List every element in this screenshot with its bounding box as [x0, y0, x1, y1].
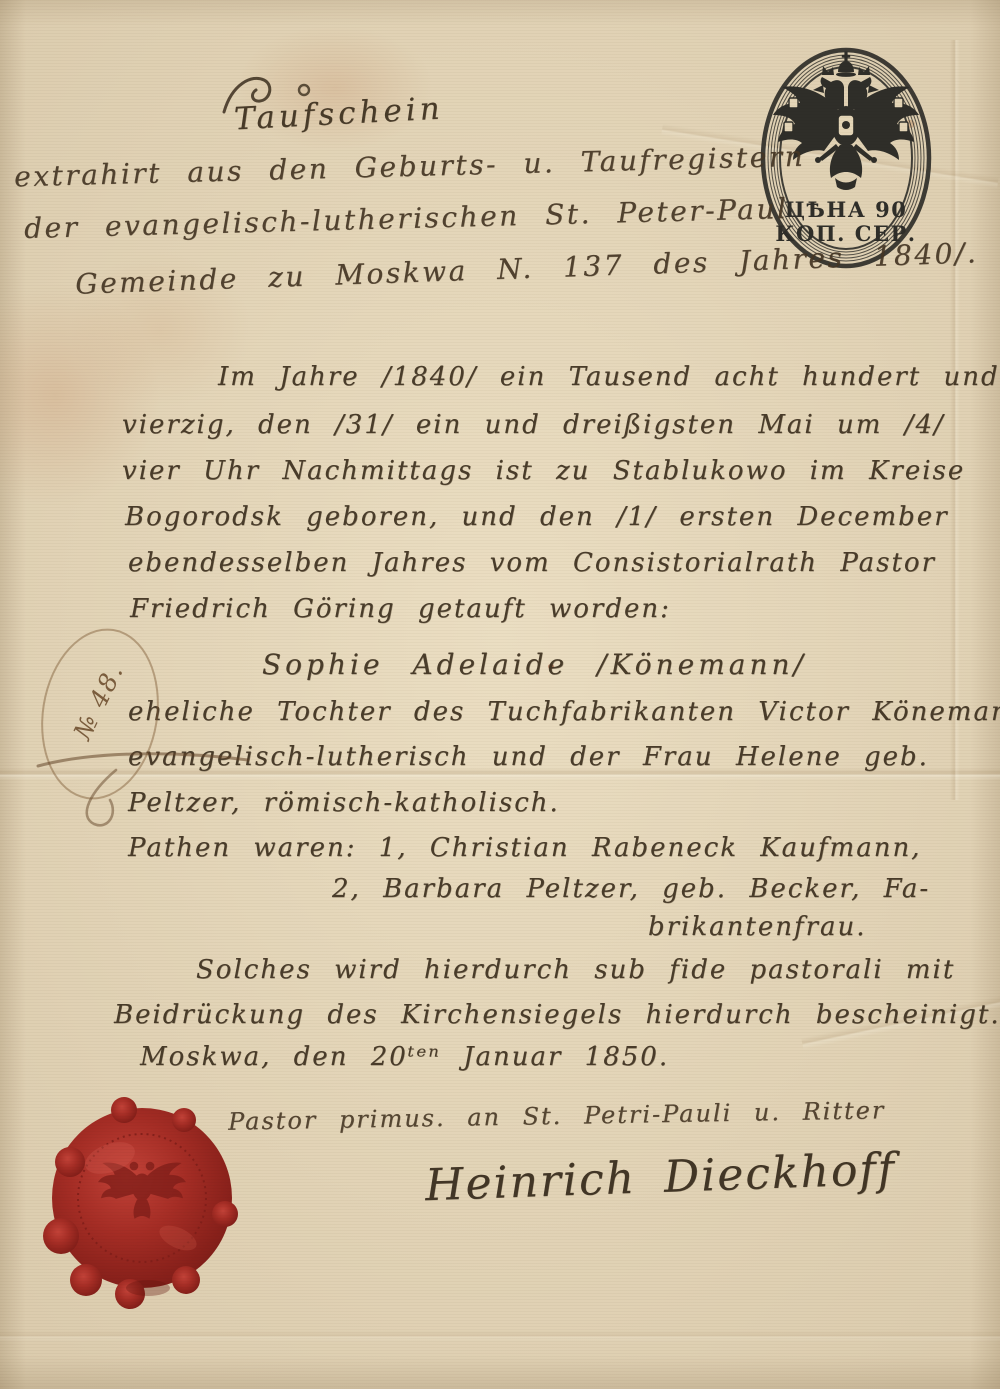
wax-seal [28, 1088, 258, 1318]
signer-title-line: Pastor primus. an St. Petri-Pauli u. Rit… [228, 1096, 886, 1135]
fold-crease-vertical [950, 40, 960, 800]
body-line: vier Uhr Nachmittags ist zu Stablukowo i… [122, 456, 965, 486]
body-line: Bogorodsk geboren, und den /1/ ersten De… [125, 502, 949, 532]
body-line: ebendesselben Jahres vom Consistorialrat… [128, 548, 936, 578]
body-line: Im Jahre /1840/ ein Tausend acht hundert… [218, 362, 1000, 392]
parents-line: eheliche Tochter des Tuchfabrikanten Vic… [128, 697, 1000, 727]
witnesses-line: 2, Barbara Peltzer, geb. Becker, Fa- [332, 874, 930, 904]
attestation-line: Solches wird hierdurch sub fide pastoral… [196, 955, 955, 985]
header-line: extrahirt aus den Geburts- u. Taufregist… [14, 140, 806, 194]
fold-crease-bottom [0, 1330, 1000, 1342]
document-page: ЦѢНА 90 КОП. СЕР. Taufschein extrahirt a… [0, 0, 1000, 1389]
body-line: Friedrich Göring getauft worden: [130, 594, 671, 624]
stamp-price-line1: ЦѢНА 90 [785, 197, 908, 222]
attestation-line: Moskwa, den 20ᵗᵉⁿ Januar 1850. [140, 1042, 669, 1072]
child-name-line: Sophie Adelaide /Könemann/ [262, 648, 807, 681]
header-line: Gemeinde zu Moskwa N. 137 des Jahres 184… [75, 236, 979, 301]
attestation-line: Beidrückung des Kirchensiegels hierdurch… [114, 1000, 1000, 1030]
body-line: vierzig, den /31/ ein und dreißigsten Ma… [122, 410, 945, 440]
signature-name: Heinrich Dieckhoff [424, 1144, 896, 1211]
header-line: der evangelisch-lutherischen St. Peter-P… [24, 192, 789, 245]
registry-paraph-flourish [20, 730, 280, 860]
witnesses-line: brikantenfrau. [648, 912, 867, 942]
